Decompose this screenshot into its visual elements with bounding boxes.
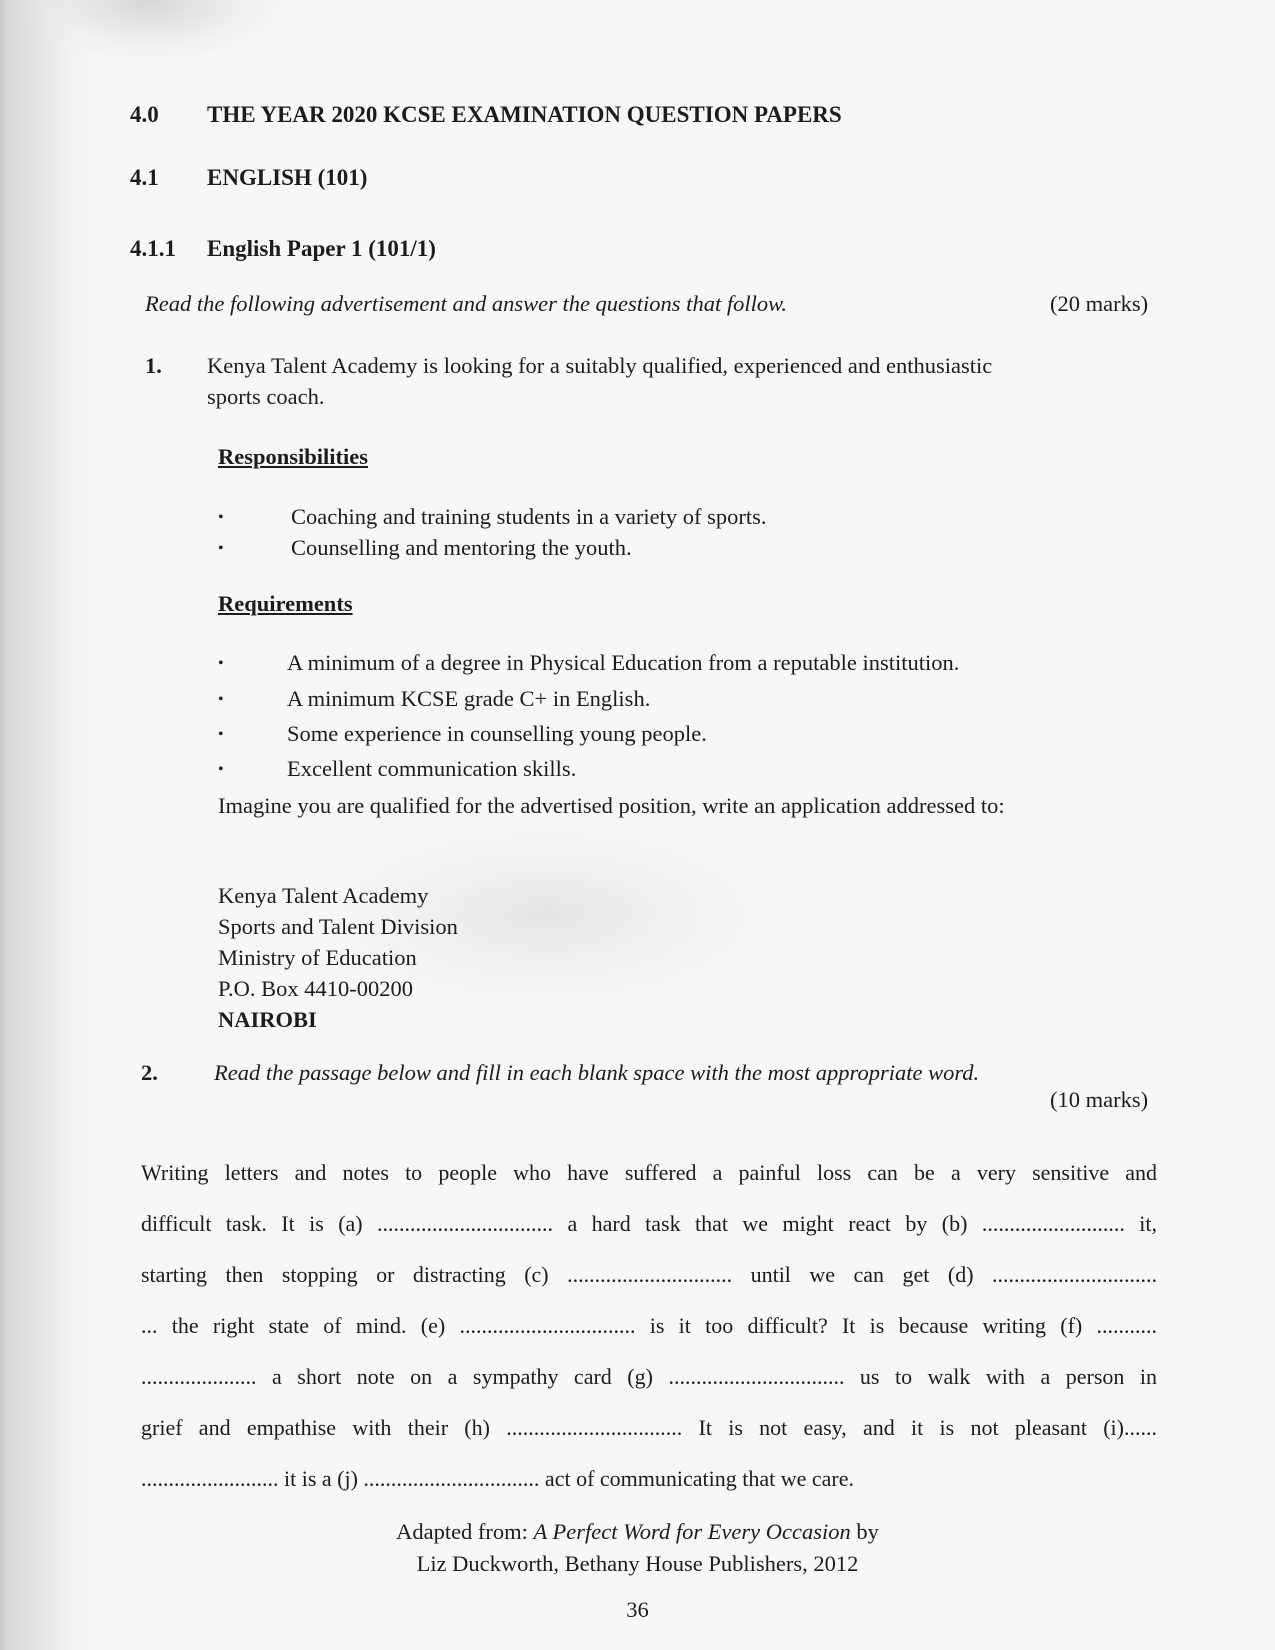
passage-line: ..................... a short note on a … <box>141 1364 1157 1390</box>
passage-line: grief and empathise with their (h) .....… <box>141 1415 1157 1441</box>
bullet-icon: • <box>218 655 224 673</box>
passage-line: starting then stopping or distracting (c… <box>141 1262 1157 1288</box>
requirement-item: Some experience in counselling young peo… <box>287 721 707 747</box>
address-line: P.O. Box 4410-00200 <box>218 976 413 1002</box>
passage-line: difficult task. It is (a) ..............… <box>141 1211 1157 1237</box>
question-2-marks: (10 marks) <box>1050 1087 1148 1113</box>
requirement-item: A minimum of a degree in Physical Educat… <box>287 650 959 676</box>
source-suffix: by <box>851 1519 879 1544</box>
source-title: A Perfect Word for Every Occasion <box>534 1519 851 1544</box>
source-citation: Adapted from: A Perfect Word for Every O… <box>0 1519 1275 1545</box>
question-1-number: 1. <box>145 353 162 379</box>
passage-line: ......................... it is a (j) ..… <box>141 1466 854 1492</box>
bullet-icon: • <box>218 761 224 779</box>
source-prefix: Adapted from: <box>396 1519 533 1544</box>
requirement-item: A minimum KCSE grade C+ in English. <box>287 686 650 712</box>
bullet-icon: • <box>218 540 224 558</box>
passage-line: Writing letters and notes to people who … <box>141 1160 1157 1186</box>
source-author-publisher: Liz Duckworth, Bethany House Publishers,… <box>0 1551 1275 1577</box>
question-1-line-1: Kenya Talent Academy is looking for a su… <box>207 353 992 379</box>
heading-3-number: 4.1.1 <box>130 236 176 262</box>
address-line: Sports and Talent Division <box>218 914 458 940</box>
responsibilities-heading: Responsibilities <box>218 444 368 470</box>
question-2-number: 2. <box>141 1060 158 1086</box>
heading-1-number: 4.0 <box>130 102 159 128</box>
question-1-line-2: sports coach. <box>207 384 324 410</box>
address-city: NAIROBI <box>218 1007 317 1033</box>
passage-line: ... the right state of mind. (e) .......… <box>141 1313 1157 1339</box>
requirements-heading: Requirements <box>218 591 353 617</box>
page-number: 36 <box>0 1597 1275 1623</box>
heading-2-number: 4.1 <box>130 165 159 191</box>
requirement-item: Excellent communication skills. <box>287 756 576 782</box>
bullet-icon: • <box>218 509 224 527</box>
address-line: Ministry of Education <box>218 945 417 971</box>
bullet-icon: • <box>218 691 224 709</box>
scan-shadow-left <box>0 0 90 1650</box>
instructions-text: Read the following advertisement and ans… <box>145 291 787 317</box>
heading-1-title: THE YEAR 2020 KCSE EXAMINATION QUESTION … <box>207 102 842 128</box>
heading-3-title: English Paper 1 (101/1) <box>207 236 436 262</box>
responsibility-item: Counselling and mentoring the youth. <box>291 535 632 561</box>
responsibility-item: Coaching and training students in a vari… <box>291 504 767 530</box>
question-2-instruction: Read the passage below and fill in each … <box>214 1060 979 1086</box>
address-line: Kenya Talent Academy <box>218 883 428 909</box>
heading-2-title: ENGLISH (101) <box>207 165 367 191</box>
application-prompt: Imagine you are qualified for the advert… <box>218 793 1005 819</box>
bullet-icon: • <box>218 726 224 744</box>
instructions-marks: (20 marks) <box>1050 291 1148 317</box>
